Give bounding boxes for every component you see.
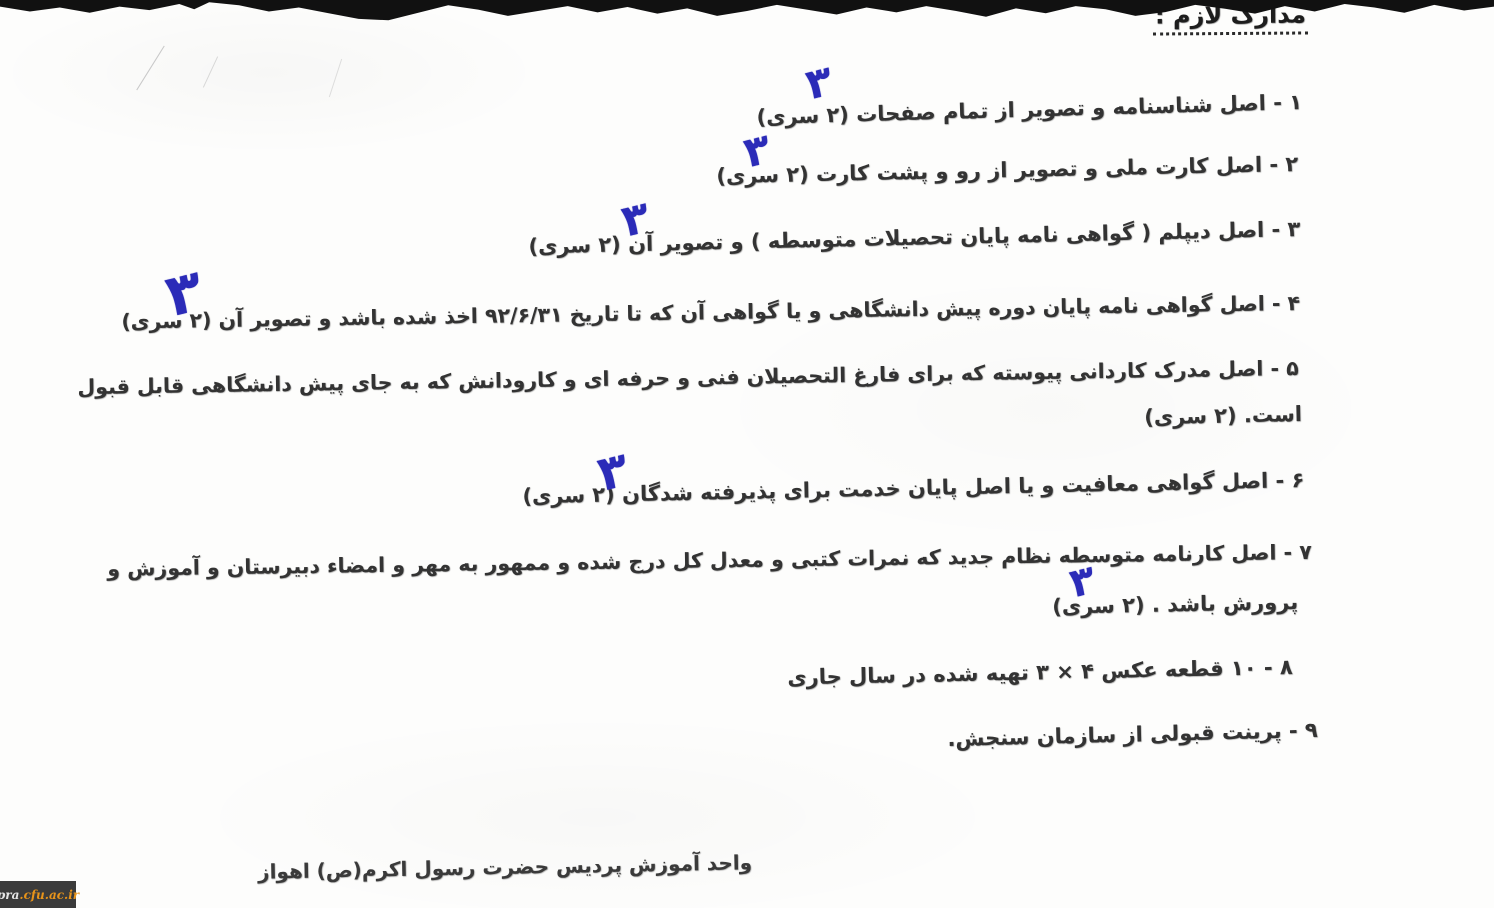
required-document-item-9: ۹ - پرینت قبولی از سازمان سنجش. — [947, 718, 1318, 751]
required-document-item-2: ۲ - اصل کارت ملی و تصویر از رو و پشت کار… — [716, 152, 1298, 188]
required-document-item-5-line-1: ۵ - اصل مدرک کاردانی پیوسته که برای فارغ… — [77, 356, 1299, 399]
handwritten-correction-mark-item-1: ۳ — [803, 59, 835, 107]
watermark-pra-cfu-ac-ir: pra.cfu.ac.ir — [0, 881, 76, 908]
required-document-item-1: ۱ - اصل شناسنامه و تصویر از تمام صفحات (… — [757, 90, 1303, 129]
scan-scratch-artifact — [136, 46, 164, 91]
required-document-item-8: ۸ - ۱۰ قطعه عکس ۴ × ۳ تهیه شده در سال جا… — [787, 655, 1293, 690]
required-document-item-5-line-2: است. (۲ سری) — [1144, 402, 1302, 429]
scan-scratch-artifact — [203, 56, 218, 87]
required-document-item-6: ۶ - اصل گواهی معافیت و یا اصل پایان خدمت… — [522, 468, 1304, 508]
watermark-suffix: .cfu.ac.ir — [19, 888, 79, 902]
watermark-prefix: pra — [0, 888, 19, 902]
required-document-item-4: ۴ - اصل گواهی نامه پایان دوره پیش دانشگا… — [121, 291, 1300, 334]
scan-scratch-artifact — [329, 59, 342, 97]
scanned-document-page: مدارک لازم : ۱ - اصل شناسنامه و تصویر از… — [0, 0, 1494, 908]
required-document-item-7-line-1: ۷ - اصل کارنامه متوسطه نظام جدید که نمرا… — [108, 540, 1313, 581]
issuing-unit-footer: واحد آموزش پردیس حضرت رسول اکرم(ص) اهواز — [258, 850, 752, 883]
